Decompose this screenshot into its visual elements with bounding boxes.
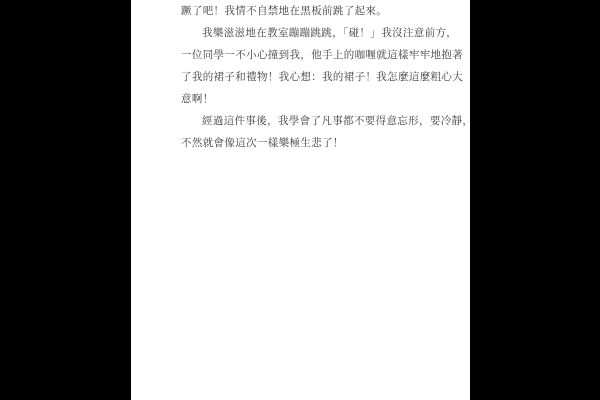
- paragraph-1: 蹶了吧！我情不自禁地在黑板前跳了起來。: [181, 0, 421, 22]
- document-page: 蹶了吧！我情不自禁地在黑板前跳了起來。 我樂滋滋地在教室蹦蹦跳跳，「碰！」我沒注…: [131, 0, 470, 400]
- text-line: 了我的裙子和禮物！我心想：我的裙子！我怎麼這麼粗心大: [181, 66, 421, 88]
- document-body: 蹶了吧！我情不自禁地在黑板前跳了起來。 我樂滋滋地在教室蹦蹦跳跳，「碰！」我沒注…: [181, 0, 421, 154]
- paragraph-2: 我樂滋滋地在教室蹦蹦跳跳，「碰！」我沒注意前方， 一位同學一不小心撞到我，他手上…: [181, 22, 421, 110]
- text-line: 一位同學一不小心撞到我，他手上的咖喱就這樣牢牢地抱著: [181, 44, 421, 66]
- paragraph-3: 經過這件事後，我學會了凡事都不要得意忘形，要冷靜， 不然就會像這次一樣樂極生悲了…: [181, 110, 421, 154]
- text-line: 意啊！: [181, 88, 421, 110]
- text-line: 我樂滋滋地在教室蹦蹦跳跳，「碰！」我沒注意前方，: [181, 22, 421, 44]
- text-line: 蹶了吧！我情不自禁地在黑板前跳了起來。: [181, 0, 421, 22]
- text-line: 不然就會像這次一樣樂極生悲了！: [181, 132, 421, 154]
- document-viewer: 蹶了吧！我情不自禁地在黑板前跳了起來。 我樂滋滋地在教室蹦蹦跳跳，「碰！」我沒注…: [0, 0, 600, 400]
- text-line: 經過這件事後，我學會了凡事都不要得意忘形，要冷靜，: [181, 110, 421, 132]
